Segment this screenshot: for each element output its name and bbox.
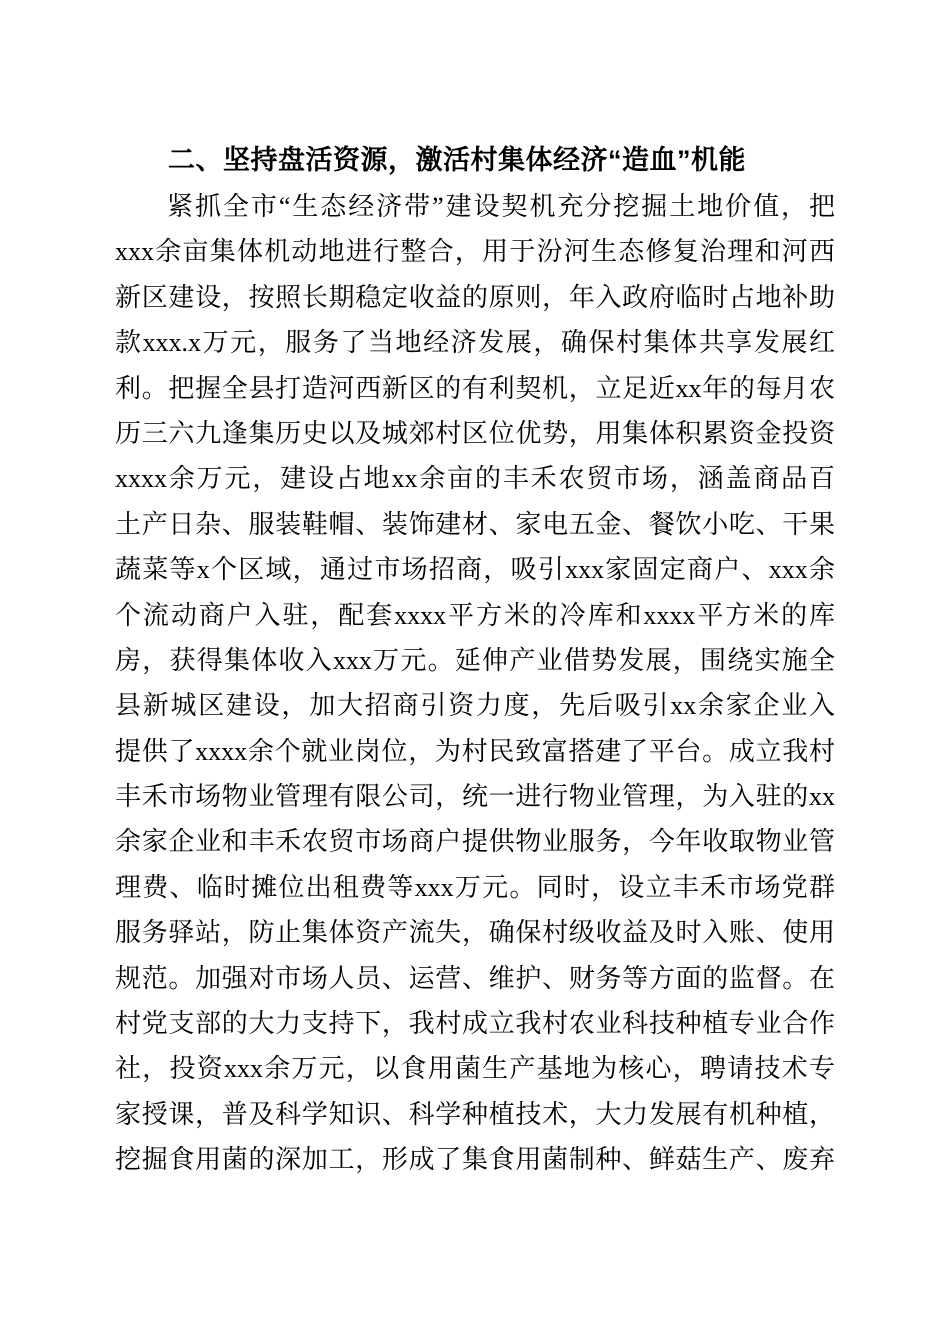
text-line: xxx余亩集体机动地进行整合，用于汾河生态修复治理和河西: [115, 229, 835, 274]
text-line: 挖掘食用菌的深加工，形成了集食用菌制种、鲜菇生产、废弃: [115, 1137, 835, 1182]
text-line: 新区建设，按照长期稳定收益的原则，年入政府临时占地补助: [115, 275, 835, 320]
text-line: 利。把握全县打造河西新区的有利契机，立足近xx年的每月农: [115, 366, 835, 411]
text-line: 土产日杂、服装鞋帽、装饰建材、家电五金、餐饮小吃、干果: [115, 502, 835, 547]
section-heading: 二、坚持盘活资源，激活村集体经济“造血”机能: [115, 137, 835, 183]
text-line: 个流动商户入驻，配套xxxx平方米的冷库和xxxx平方米的库: [115, 593, 835, 638]
text-line: 丰禾市场物业管理有限公司，统一进行物业管理，为入驻的xx: [115, 774, 835, 819]
text-line: 蔬菜等x个区域，通过市场招商，吸引xxx家固定商户、xxx余: [115, 547, 835, 592]
text-line: 县新城区建设，加大招商引资力度，先后吸引xx余家企业入驻，: [115, 683, 835, 728]
text-line: 提供了xxxx余个就业岗位，为村民致富搭建了平台。成立我村: [115, 729, 835, 774]
text-line: 社，投资xxx余万元，以食用菌生产基地为核心，聘请技术专: [115, 1046, 835, 1091]
text-line: 余家企业和丰禾农贸市场商户提供物业服务，今年收取物业管: [115, 819, 835, 864]
text-line: 家授课，普及科学知识、科学种植技术，大力发展有机种植，: [115, 1092, 835, 1137]
document-page: 二、坚持盘活资源，激活村集体经济“造血”机能 紧抓全市“生态经济带”建设契机充分…: [0, 0, 950, 1344]
document-content: 二、坚持盘活资源，激活村集体经济“造血”机能 紧抓全市“生态经济带”建设契机充分…: [115, 137, 835, 1183]
text-line: 理费、临时摊位出租费等xxx万元。同时，设立丰禾市场党群: [115, 865, 835, 910]
text-line: 紧抓全市“生态经济带”建设契机充分挖掘土地价值，把: [115, 184, 835, 229]
text-line: 规范。加强对市场人员、运营、维护、财务等方面的监督。在: [115, 956, 835, 1001]
text-line: 款xxx.x万元，服务了当地经济发展，确保村集体共享发展红: [115, 320, 835, 365]
text-line: xxxx余万元，建设占地xx余亩的丰禾农贸市场，涵盖商品百货、: [115, 456, 835, 501]
text-line: 村党支部的大力支持下，我村成立我村农业科技种植专业合作: [115, 1001, 835, 1046]
text-line: 历三六九逢集历史以及城郊村区位优势，用集体积累资金投资: [115, 411, 835, 456]
text-line: 服务驿站，防止集体资产流失，确保村级收益及时入账、使用: [115, 910, 835, 955]
text-line: 房，获得集体收入xxx万元。延伸产业借势发展，围绕实施全: [115, 638, 835, 683]
body-paragraph: 紧抓全市“生态经济带”建设契机充分挖掘土地价值，把xxx余亩集体机动地进行整合，…: [115, 184, 835, 1183]
